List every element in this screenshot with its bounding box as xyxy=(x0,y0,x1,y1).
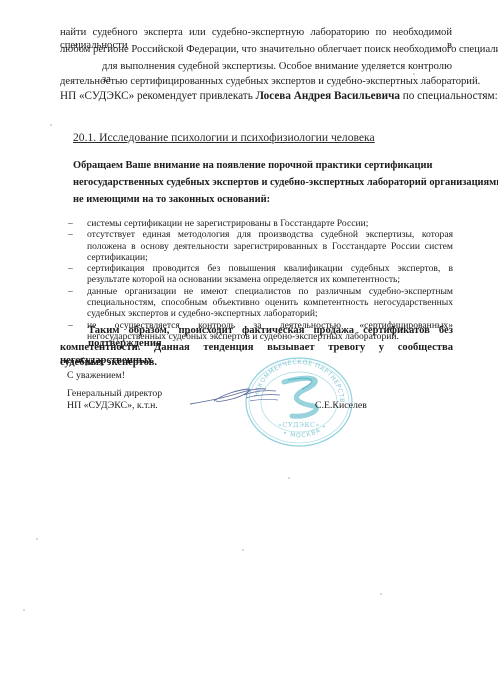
notice-line-1: Обращаем Ваше внимание на появление поро… xyxy=(73,159,432,172)
list-item-text: отсутствует единая методология для произ… xyxy=(87,229,453,263)
notice-line-3: не имеющими на то законных оснований: xyxy=(73,193,270,206)
recommendation-prefix: НП «СУДЭКС» рекомендует привлекать xyxy=(60,90,256,102)
scan-speck xyxy=(242,549,244,551)
document-page: найти судебного эксперта или судебно-экс… xyxy=(0,0,498,685)
signer-organization: НП «СУДЭКС», к.т.н. xyxy=(67,400,158,412)
list-item-text: данные организации не имеют специалистов… xyxy=(87,286,453,320)
stamp-center-text: «СУДЭКС» xyxy=(278,421,320,429)
scan-speck xyxy=(380,593,382,595)
recommendation-line: НП «СУДЭКС» рекомендует привлекать Лосев… xyxy=(60,90,498,103)
list-item: – системы сертификации не зарегистрирова… xyxy=(68,218,453,229)
expert-name: Лосева Андрея Васильевича xyxy=(256,90,400,102)
intro-line-2: любом регионе Российской Федерации, что … xyxy=(60,43,498,56)
scan-speck xyxy=(50,124,52,126)
notice-line-2: негосударственных судебных экспертов и с… xyxy=(73,176,498,189)
scan-speck xyxy=(36,538,38,540)
scan-speck xyxy=(288,477,290,479)
dash-bullet: – xyxy=(68,263,73,274)
dash-bullet: – xyxy=(68,286,73,297)
list-item: – сертификация проводится без повышения … xyxy=(68,263,453,286)
conclusion-line-3: судебных экспертов. xyxy=(60,356,157,369)
intro-line-4: деятельностью сертифицированных судебных… xyxy=(60,75,480,88)
dash-bullet: – xyxy=(68,218,73,229)
scan-speck xyxy=(413,73,415,75)
signer-title: Генеральный директор xyxy=(67,388,162,400)
dash-bullet: – xyxy=(68,320,73,331)
recommendation-suffix: по специальностям: xyxy=(400,90,498,102)
list-item-text: системы сертификации не зарегистрированы… xyxy=(87,218,368,229)
list-item: – данные организации не имеют специалист… xyxy=(68,286,453,320)
dash-bullet: – xyxy=(68,229,73,240)
scan-speck xyxy=(23,609,25,611)
specialty-heading: 20.1. Исследование психологии и психофиз… xyxy=(73,131,375,145)
list-item-text: сертификация проводится без повышения кв… xyxy=(87,263,453,285)
closing-greeting: С уважением! xyxy=(67,370,125,382)
handwritten-signature-icon xyxy=(188,382,288,410)
list-item: – отсутствует единая методология для про… xyxy=(68,229,453,263)
signer-name: С.Е.Киселев xyxy=(315,400,367,412)
